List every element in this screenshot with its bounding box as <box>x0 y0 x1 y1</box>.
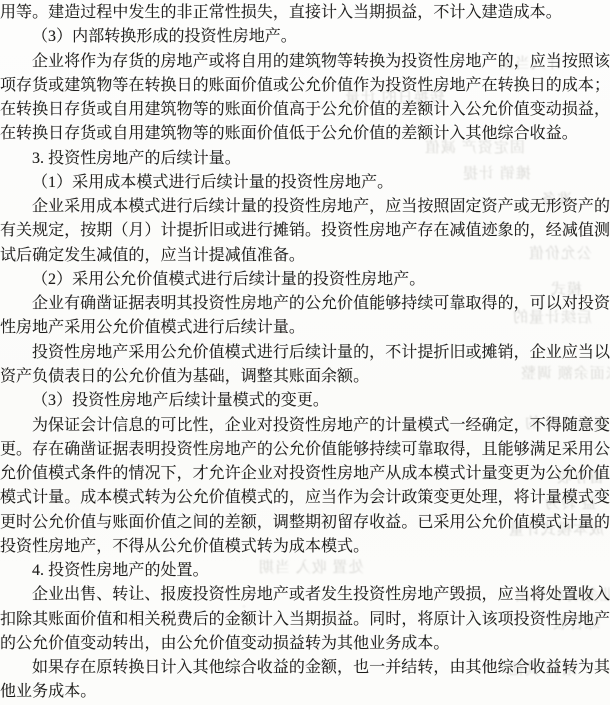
paragraph-fair-value-condition: 企业有确凿证据表明其投资性房地产的公允价值能够持续可靠取得的，可以对投资性房地产… <box>0 292 610 341</box>
heading-subsequent-measurement: 3. 投资性房地产的后续计量。 <box>0 147 610 171</box>
paragraph-cost-model-rule: 企业采用成本模式进行后续计量的投资性房地产，应当按照固定资产或无形资产的有关规定… <box>0 195 610 268</box>
paragraph-transfer-rule: 企业将作为存货的房地产或将自用的建筑物等转换为投资性房地产的，应当按照该项存货或… <box>0 50 610 147</box>
paragraph-oci-carryover: 如果存在原转换日计入其他综合收益的金额，也一并结转，由其他综合收益转为其他业务成… <box>0 656 610 705</box>
subheading-fair-value-model: （2）采用公允价值模式进行后续计量的投资性房地产。 <box>0 268 610 292</box>
paragraph-fair-value-rule: 投资性房地产采用公允价值模式进行后续计量的，不计提折旧或摊销，企业应当以资产负债… <box>0 341 610 390</box>
scanned-book-page-body: { "document": { "language": "zh-CN", "ki… <box>0 0 610 705</box>
document-page: 计入当期 转换日的 计量 固定资产 减值 摊销 计提 准备 公允价值 模式 后续… <box>0 0 610 705</box>
paragraph-disposal-rule: 企业出售、转让、报废投资性房地产或者发生投资性房地产毁损，应当将处置收入扣除其账… <box>0 583 610 656</box>
paragraph-model-change-rule: 为保证会计信息的可比性，企业对投资性房地产的计量模式一经确定，不得随意变更。存在… <box>0 414 610 560</box>
subheading-internal-transfer: （3）内部转换形成的投资性房地产。 <box>0 25 610 49</box>
document-text-block: 用等。建造过程中发生的非正常性损失，直接计入当期损益，不计入建造成本。 （3）内… <box>0 0 610 705</box>
paragraph-continuation: 用等。建造过程中发生的非正常性损失，直接计入当期损益，不计入建造成本。 <box>0 1 610 25</box>
heading-disposal: 4. 投资性房地产的处置。 <box>0 559 610 583</box>
subheading-model-change: （3）投资性房地产后续计量模式的变更。 <box>0 389 610 413</box>
subheading-cost-model: （1）采用成本模式进行后续计量的投资性房地产。 <box>0 171 610 195</box>
